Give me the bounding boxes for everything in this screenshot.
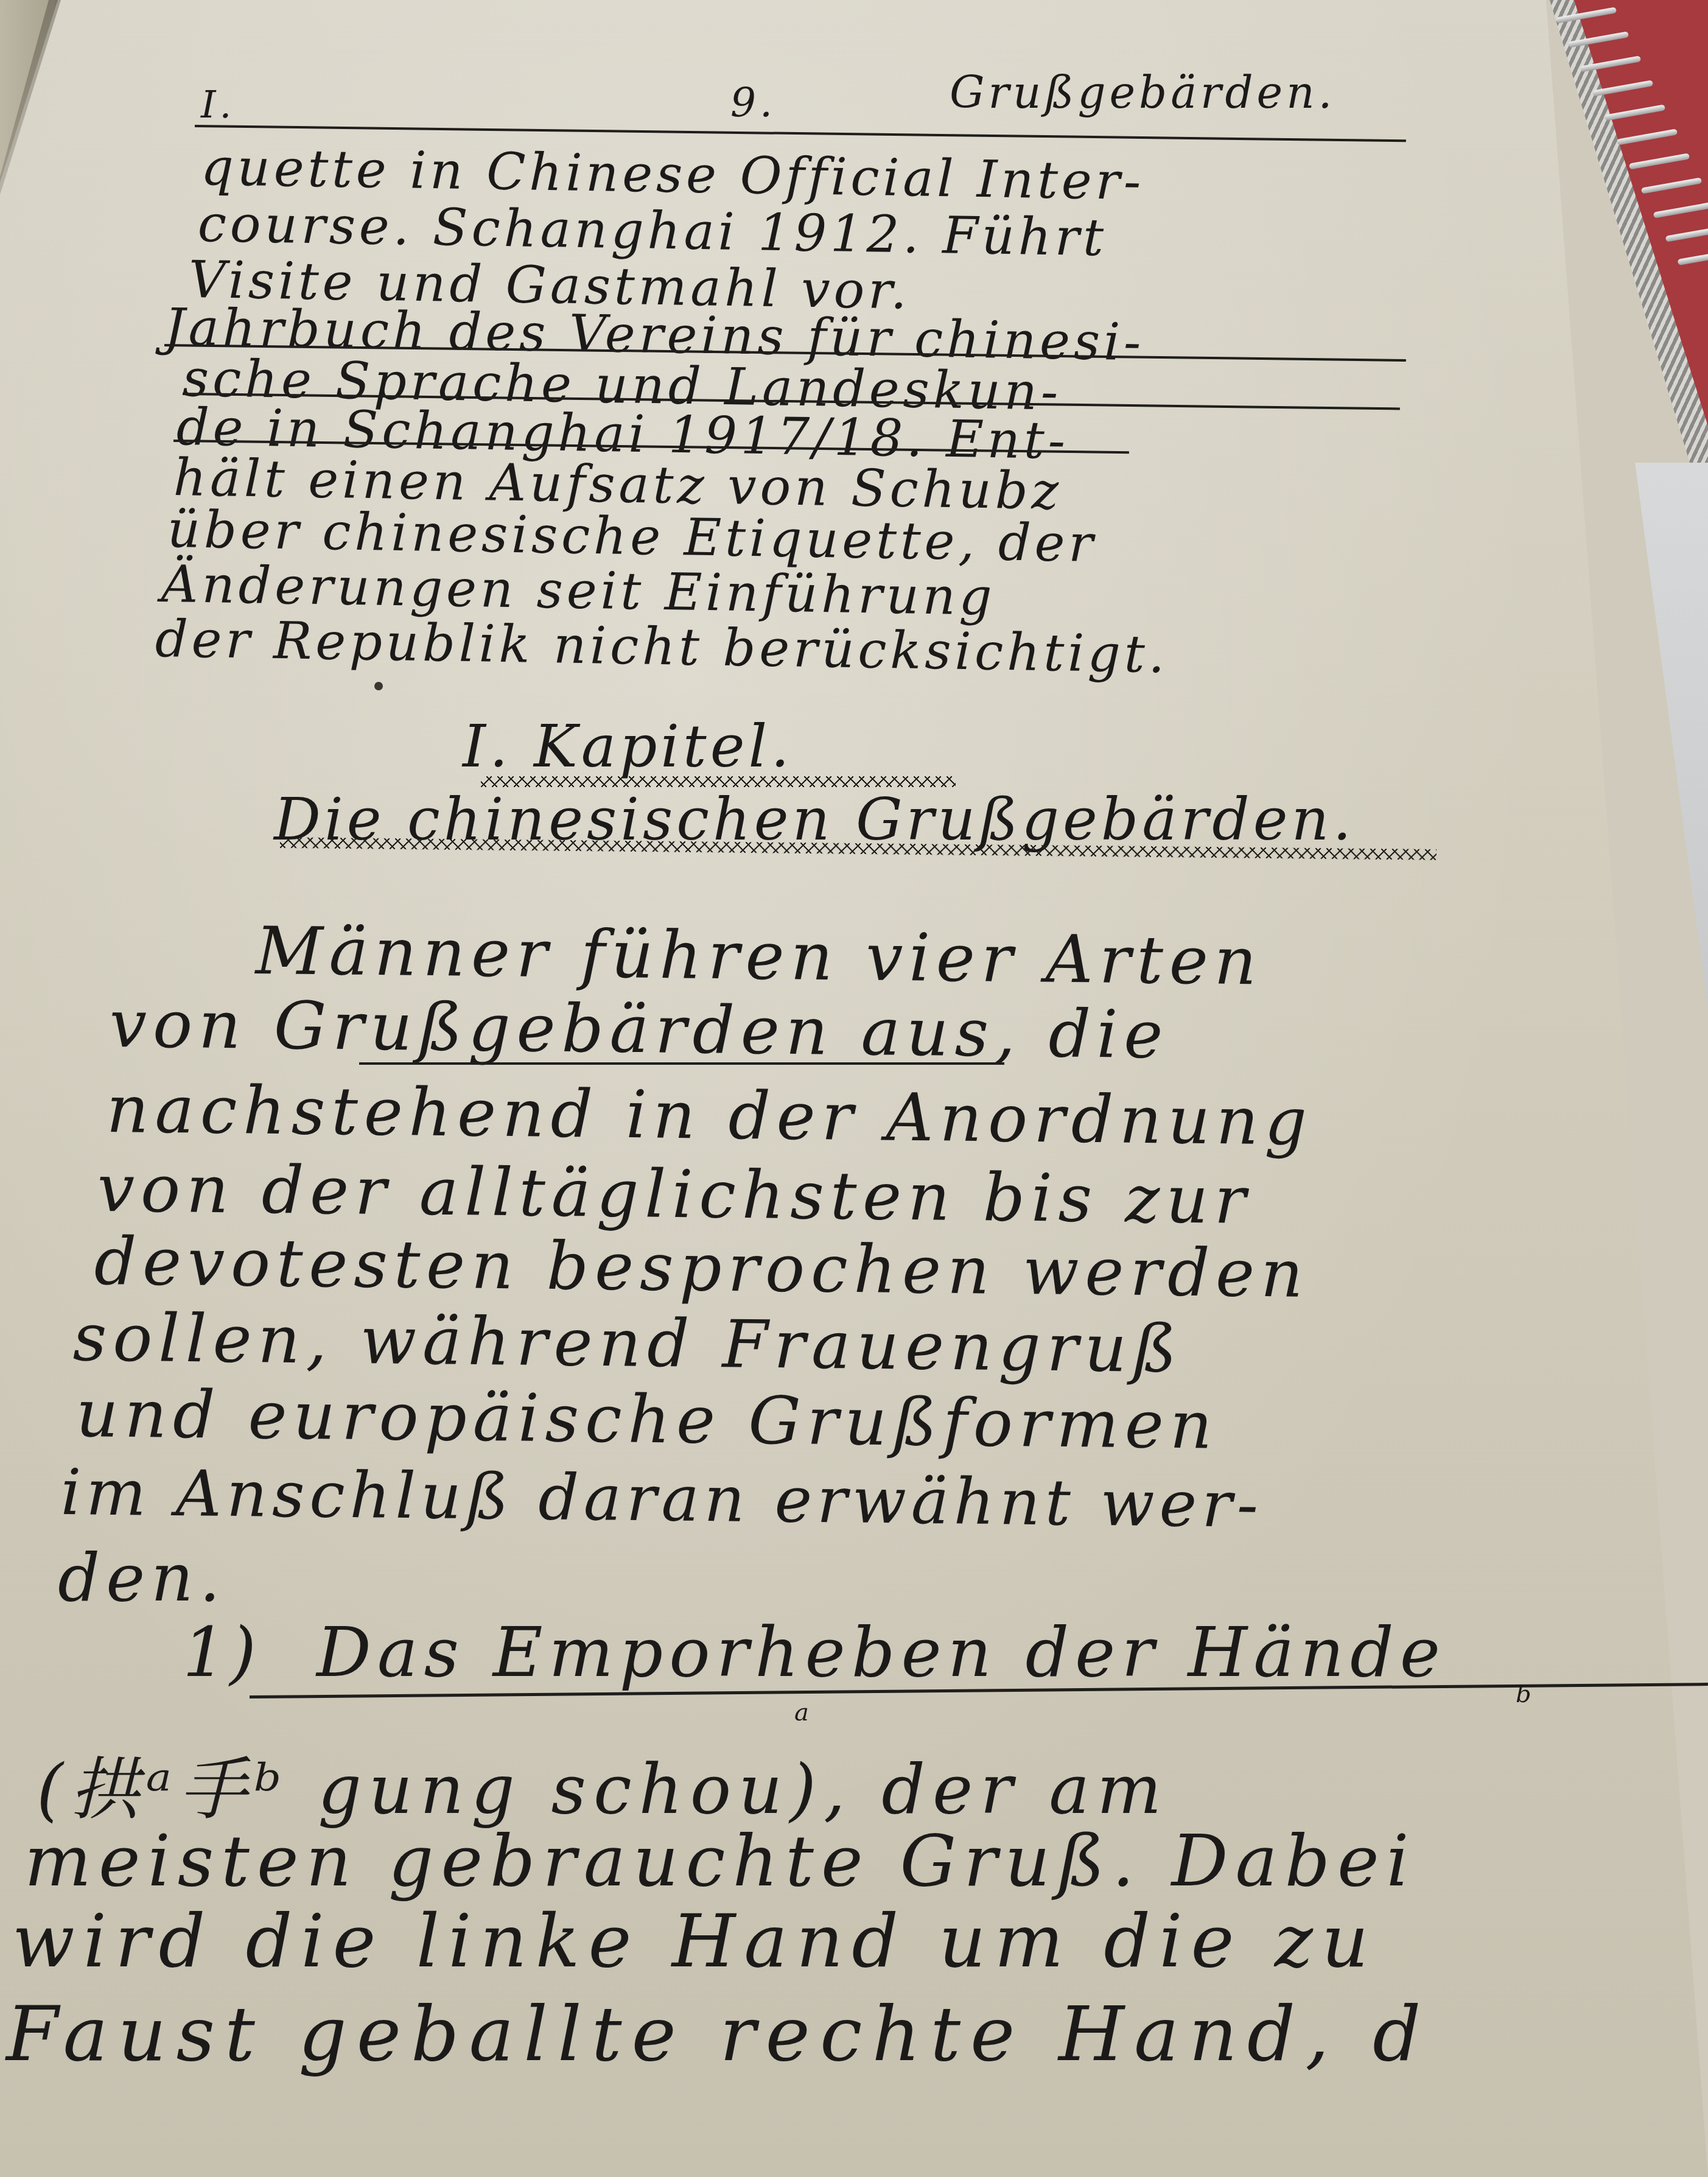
body-line-9: den.: [58, 1540, 226, 1616]
body-line-2: von Grußgebärden aus, die: [109, 986, 1169, 1073]
section-1-line-4: Faust geballte rechte Hand, d: [6, 1991, 1430, 2078]
section-1-number: 1): [183, 1613, 260, 1692]
body-line-8: im Anschluß daran erwähnt wer-: [60, 1455, 1263, 1542]
section-1-title: Das Emporheben der Hände: [317, 1613, 1446, 1692]
header-page-number: 9.: [730, 79, 776, 126]
body-line-7: und europäische Grußformen: [75, 1376, 1219, 1464]
section-1-line-1: (拱ᵃ手ᵇ gung schou), der am: [37, 1735, 1169, 1833]
section-1-line-3: wird die linke Hand um die zu: [12, 1899, 1377, 1984]
desk-surface: [1635, 463, 1708, 1011]
body-line-6: sollen, während Frauengruß: [72, 1300, 1183, 1387]
chapter-heading: I. Kapitel.: [463, 712, 793, 780]
ink-blot: [374, 682, 383, 690]
body-line-1: Männer führen vier Arten: [255, 913, 1263, 1000]
body-underline-grussgebaerden: [359, 1062, 1004, 1065]
body-line-5: devotesten besprochen werden: [94, 1224, 1309, 1313]
annotation-b: b: [1516, 1680, 1531, 1708]
body-line-3: nachstehend in der Anordnung: [106, 1071, 1313, 1160]
header-chapter-roman: I.: [201, 82, 235, 127]
annotation-a: a: [794, 1698, 809, 1727]
section-1-line-2: meisten gebrauchte Gruß. Dabei: [24, 1820, 1416, 1902]
header-running-title: Grußgebärden.: [950, 67, 1336, 118]
